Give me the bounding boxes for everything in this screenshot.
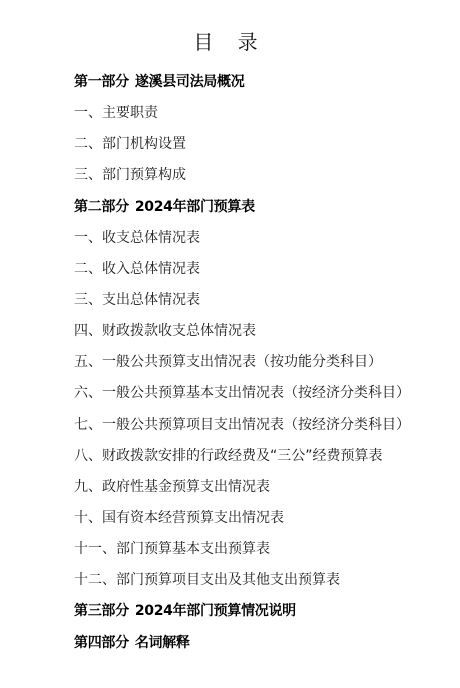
part-label: 2024年部门预算表 [135, 199, 255, 215]
table-of-contents: 第一部分遂溪县司法局概况 一、主要职责 二、部门机构设置 三、部门预算构成 第二… [74, 72, 410, 664]
toc-item[interactable]: 十二、部门预算项目支出及其他支出预算表 [74, 570, 410, 601]
part-number: 第二部分 [74, 199, 129, 215]
toc-item[interactable]: 四、财政拨款收支总体情况表 [74, 321, 410, 352]
toc-part-3[interactable]: 第三部分2024年部门预算情况说明 [74, 601, 410, 632]
toc-item[interactable]: 三、部门预算构成 [74, 165, 410, 196]
part-label: 名词解释 [135, 635, 190, 651]
toc-item[interactable]: 三、支出总体情况表 [74, 290, 410, 321]
toc-item[interactable]: 二、部门机构设置 [74, 134, 410, 165]
toc-item[interactable]: 十、国有资本经营预算支出情况表 [74, 508, 410, 539]
toc-item[interactable]: 一、收支总体情况表 [74, 228, 410, 259]
toc-item[interactable]: 十一、部门预算基本支出预算表 [74, 539, 410, 570]
part-number: 第四部分 [74, 635, 129, 651]
toc-item[interactable]: 七、一般公共预算项目支出情况表（按经济分类科目） [74, 415, 410, 446]
part-label: 2024年部门预算情况说明 [135, 603, 296, 619]
toc-item[interactable]: 二、收入总体情况表 [74, 259, 410, 290]
part-number: 第三部分 [74, 603, 129, 619]
part-number: 第一部分 [74, 74, 129, 90]
toc-part-2[interactable]: 第二部分2024年部门预算表 [74, 197, 410, 228]
toc-item[interactable]: 六、一般公共预算基本支出情况表（按经济分类科目） [74, 383, 410, 414]
page-title: 目 录 [0, 28, 460, 56]
toc-part-1[interactable]: 第一部分遂溪县司法局概况 [74, 72, 410, 103]
toc-item[interactable]: 一、主要职责 [74, 103, 410, 134]
document-page: 目 录 第一部分遂溪县司法局概况 一、主要职责 二、部门机构设置 三、部门预算构… [0, 0, 460, 688]
toc-item[interactable]: 八、财政拨款安排的行政经费及“三公”经费预算表 [74, 446, 410, 477]
toc-item[interactable]: 五、一般公共预算支出情况表（按功能分类科目） [74, 352, 410, 383]
toc-part-4[interactable]: 第四部分名词解释 [74, 633, 410, 664]
toc-item[interactable]: 九、政府性基金预算支出情况表 [74, 477, 410, 508]
part-label: 遂溪县司法局概况 [135, 74, 245, 90]
